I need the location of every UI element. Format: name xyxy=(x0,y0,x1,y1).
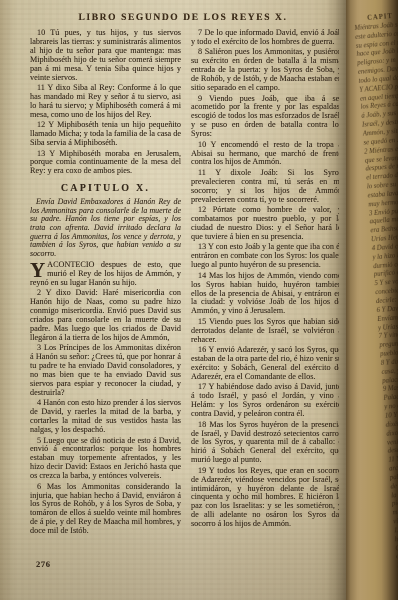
verse-paragraph: 8 Saliéron pues los Ammonitas, y pusiéro… xyxy=(191,48,339,93)
running-head-title: LIBRO SEGUNDO DE LOS REYES X. xyxy=(28,13,338,23)
verse-paragraph: 13 Y con esto Joáb y la gente que iba co… xyxy=(191,243,339,270)
verse-paragraph: 6 Mas los Ammonitas considerando la inju… xyxy=(30,483,181,536)
text-block: 10 Tú pues, y tus hijos, y tus siervos l… xyxy=(30,29,339,575)
verse-paragraph: 12 Y Miphiboséth tenia un hijo pequeñito… xyxy=(30,121,181,148)
verse-paragraph: 2 Y dixo David: Haré misericordia con Ha… xyxy=(30,289,181,342)
right-column: 7 De lo que informado David, envió á Joá… xyxy=(191,29,339,575)
verse-paragraph: 5 Luego que se dió noticia de esto á Dav… xyxy=(30,437,181,482)
verse-paragraph: 18 Mas los Syros huyéron de la presencia… xyxy=(191,421,339,466)
verse-paragraph: 7 De lo que informado David, envió á Joá… xyxy=(191,29,339,47)
verses-chapter-10-left: 2 Y dixo David: Haré misericordia con Ha… xyxy=(30,289,181,536)
verses-chapter-9: 10 Tú pues, y tus hijos, y tus siervos l… xyxy=(30,29,181,176)
chapter-summary: Envía David Embaxadores á Hanón Rey de l… xyxy=(30,198,181,258)
verse-paragraph: 3 Los Príncipes de los Ammonitas dixéron… xyxy=(30,344,181,397)
page-number: 276 xyxy=(36,559,51,569)
opening-verse: YACONTECIO despues de esto, que murió el… xyxy=(30,261,181,288)
opening-verse-text: ACONTECIO despues de esto, que murió el … xyxy=(30,260,181,287)
scanned-book-page: LIBRO SEGUNDO DE LOS REYES X. 10 Tú pues… xyxy=(0,0,398,600)
verse-paragraph: 12 Pórtate como hombre de valor, y comba… xyxy=(191,206,339,242)
chapter-heading: CAPITULO X. xyxy=(30,183,181,194)
verse-paragraph: 10 Y encomendó el resto de la tropa á Ab… xyxy=(191,141,339,168)
verse-paragraph: 15 Viendo pues los Syros que habian sido… xyxy=(191,318,339,345)
left-page: LIBRO SEGUNDO DE LOS REYES X. 10 Tú pues… xyxy=(0,0,346,600)
verse-paragraph: 19 Y todos los Reyes, que eran en socorr… xyxy=(191,467,339,529)
verse-paragraph: 10 Tú pues, y tus hijos, y tus siervos l… xyxy=(30,29,181,82)
facing-page-text-fragments: CAPITMiéntras Joáb sitiaeste adulterio c… xyxy=(353,9,398,570)
verse-paragraph: 9 Viendo pues Joáb, que iba á ser acomet… xyxy=(191,95,339,140)
verse-paragraph: 11 Y dixole Joáb: Si los Syros prevaleci… xyxy=(191,169,339,205)
verse-paragraph: 16 Y envió Adarezér, y sacó los Syros, q… xyxy=(191,346,339,382)
verse-paragraph: 14 Mas los hijos de Ammón, viendo como l… xyxy=(191,272,339,317)
facing-page-edge: CAPITMiéntras Joáb sitiaeste adulterio c… xyxy=(346,0,398,600)
verse-paragraph: 4 Hanón con esto hizo prender á los sier… xyxy=(30,399,181,435)
verse-paragraph: 17 Y habiéndose dado aviso á David, junt… xyxy=(191,383,339,419)
verse-paragraph: 13 Y Miphiboséth moraba en Jerusalem, po… xyxy=(30,150,181,177)
drop-cap-letter: Y xyxy=(30,262,45,278)
verses-chapter-10-right: 7 De lo que informado David, envió á Joá… xyxy=(191,29,339,529)
left-column: 10 Tú pues, y tus hijos, y tus siervos l… xyxy=(30,29,181,575)
verse-paragraph: 11 Y dixo Siba al Rey: Conforme á lo que… xyxy=(30,84,181,120)
